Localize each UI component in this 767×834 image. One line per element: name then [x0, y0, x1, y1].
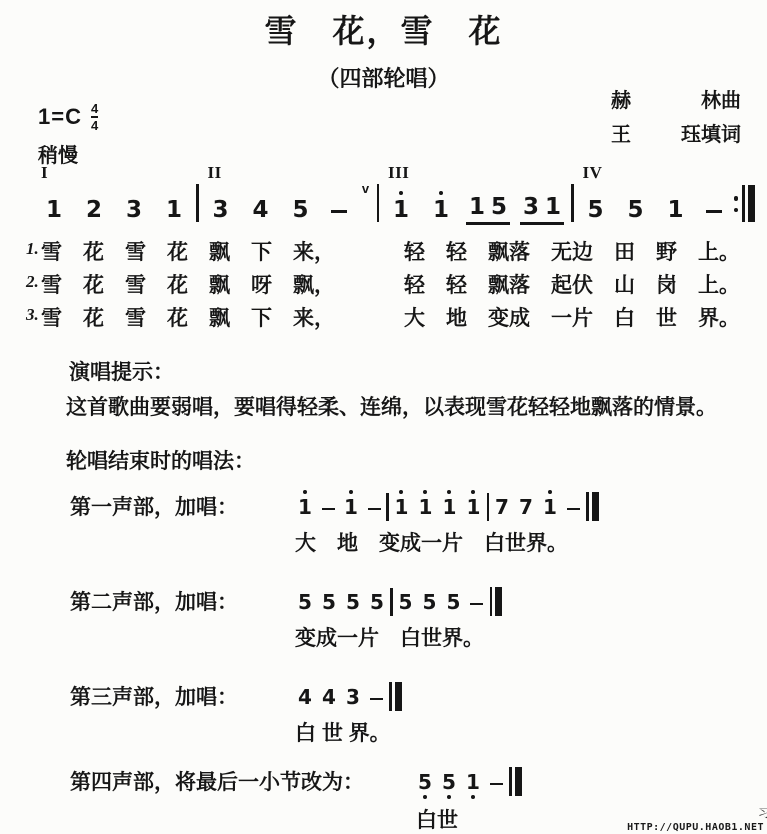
octave-dot-high — [447, 490, 451, 494]
breath-mark: v — [357, 182, 375, 195]
note-wrap: 1 — [166, 199, 182, 222]
lyricist-line: 王 珏填词 — [611, 118, 741, 152]
final-barline — [586, 492, 599, 523]
note: 1 — [461, 758, 485, 798]
thick-bar — [592, 492, 599, 521]
note-wrap: 4 — [322, 687, 336, 707]
note: 4 — [241, 164, 281, 222]
voice-part-notes: 551 — [413, 758, 522, 798]
note-digit: 4 — [298, 687, 312, 707]
note-digit: 5 — [447, 592, 461, 612]
barline — [390, 588, 393, 616]
note-digit: 1 — [543, 497, 557, 517]
note-wrap: 1 — [395, 497, 409, 517]
note-digit: 1 — [466, 772, 480, 792]
note-wrap: 1 — [433, 199, 449, 222]
thick-bar — [515, 767, 522, 796]
lyricist-name: 王 — [611, 118, 631, 147]
verse-number: 1. — [26, 239, 39, 259]
repeat-dot — [734, 196, 739, 201]
note: 5 — [442, 578, 466, 618]
verse-row: 2.雪 花 雪 花 飘 呀 飘，轻 轻 飘落 起伏 山 岗 上。 — [0, 269, 767, 299]
note-digit: 1 — [395, 497, 409, 517]
barline — [377, 184, 380, 222]
melody-line: I1231II345vIII111531IV551 — [34, 164, 755, 222]
round-ending-heading: 轮唱结束时的唱法： — [66, 445, 255, 475]
note-digit: 1 — [419, 497, 433, 517]
note: III1 — [381, 164, 421, 222]
note-wrap: 3 — [346, 687, 360, 707]
sustain-dash — [562, 483, 584, 523]
note-digit: 1 — [443, 497, 457, 517]
note-wrap: 7 — [495, 497, 509, 517]
octave-dot-low — [423, 795, 427, 799]
voice-part-lyric: 变成一片 白世界。 — [295, 622, 484, 652]
note-wrap: 5 — [447, 592, 461, 612]
voice-part-lyric: 白 世 界。 — [295, 717, 391, 747]
note-digit: 5 — [370, 592, 384, 612]
note-wrap: 3 — [126, 199, 142, 222]
note-digit: 5 — [442, 772, 456, 792]
note-wrap: 2 — [86, 199, 102, 222]
note-wrap: 1 — [46, 199, 62, 222]
final-barline — [389, 682, 402, 713]
note-digit: 5 — [322, 592, 336, 612]
octave-dot-high — [423, 490, 427, 494]
note: IV5 — [576, 164, 616, 222]
note: 5 — [293, 578, 317, 618]
note-wrap: 4 — [252, 199, 268, 222]
note-digit: 3 — [346, 687, 360, 707]
octave-dot-high — [399, 490, 403, 494]
voice-part-label: 第一声部，加唱： — [70, 491, 238, 521]
note-wrap: 5 — [346, 592, 360, 612]
octave-dot-high — [471, 490, 475, 494]
octave-dot-high — [439, 191, 443, 195]
note: 5 — [281, 164, 321, 222]
composer-name: 赫 — [611, 84, 631, 113]
sustain-dash — [321, 164, 357, 222]
note-digit: 3 — [126, 199, 142, 222]
dash — [567, 508, 580, 511]
note: 1 — [656, 164, 696, 222]
voice-part-label: 第二声部，加唱： — [70, 586, 238, 616]
sustain-dash — [696, 164, 732, 222]
beamed-note-group: 15 — [461, 164, 515, 222]
note-digit: 5 — [292, 199, 308, 222]
note: 4 — [317, 673, 341, 713]
thin-bar — [509, 767, 512, 796]
dash — [368, 508, 381, 511]
octave-dot-high — [399, 191, 403, 195]
note-digit: 1 — [433, 199, 449, 222]
verse-number: 2. — [26, 272, 39, 292]
voice-part-notes: 111111771 — [293, 483, 599, 523]
note-wrap: 1 — [344, 497, 358, 517]
verse-text-right: 轻 轻 飘落 起伏 山 岗 上。 — [404, 269, 740, 299]
note-digit: 1 — [469, 196, 485, 219]
note-digit: 3 — [212, 199, 228, 222]
final-barline — [509, 767, 522, 798]
meter-numerator: 4 — [91, 102, 98, 116]
thin-bar — [490, 587, 493, 616]
dash — [370, 698, 383, 701]
dash — [490, 783, 503, 786]
note: 1 — [421, 164, 461, 222]
note-digit: 1 — [166, 199, 182, 222]
note-wrap: 5 — [418, 772, 432, 792]
note: 5 — [341, 578, 365, 618]
note-digit: 1 — [46, 199, 62, 222]
performance-tip-heading: 演唱提示： — [69, 356, 174, 386]
note: 5 — [437, 758, 461, 798]
note: 1 — [438, 483, 462, 523]
note-digit: 1 — [298, 497, 312, 517]
note-digit: 5 — [418, 772, 432, 792]
voice-part-label: 第三声部，加唱： — [70, 681, 238, 711]
note: 5 — [418, 578, 442, 618]
thick-bar — [395, 682, 402, 711]
note-wrap: 5 — [627, 199, 643, 222]
note-wrap: 5 — [423, 592, 437, 612]
dash — [331, 210, 347, 213]
verse-text-left: 雪 花 雪 花 飘 下 来， — [41, 302, 335, 332]
note: 2 — [74, 164, 114, 222]
verse-row: 1.雪 花 雪 花 飘 下 来，轻 轻 飘落 无边 田 野 上。 — [0, 236, 767, 266]
note: 1 — [154, 164, 194, 222]
note-digit: 5 — [587, 199, 603, 222]
sustain-dash — [466, 578, 488, 618]
watermark-glyph: 习 — [758, 804, 767, 821]
note: 5 — [413, 758, 437, 798]
meter-denominator: 4 — [91, 116, 98, 132]
note-wrap: 1 — [443, 497, 457, 517]
note: 3 — [114, 164, 154, 222]
repeat-dot — [734, 208, 739, 213]
note: 5 — [394, 578, 418, 618]
note-digit: 5 — [298, 592, 312, 612]
note: 3 — [341, 673, 365, 713]
voice-part-lyric: 大 地 变成一片 白世界。 — [295, 527, 568, 557]
voice-part-notes: 5555555 — [293, 578, 502, 618]
note-wrap: 5 — [587, 199, 603, 222]
note: I1 — [34, 164, 74, 222]
note-wrap: 1 — [393, 199, 409, 222]
note: 7 — [514, 483, 538, 523]
dash — [470, 603, 483, 606]
note: 5 — [616, 164, 656, 222]
note: 7 — [490, 483, 514, 523]
note-wrap: 5 — [370, 592, 384, 612]
voice-part-notes: 443 — [293, 673, 402, 713]
thick-bar — [495, 587, 502, 616]
barline — [571, 184, 574, 222]
thick-bar — [748, 185, 755, 222]
octave-dot-high — [349, 490, 353, 494]
note-digit: 1 — [545, 196, 561, 219]
note-wrap: 5 — [442, 772, 456, 792]
key-signature: 1=C 4 4 — [38, 102, 98, 132]
beam-underline: 31 — [520, 196, 564, 225]
verse-text-right: 大 地 变成 一片 白 世 界。 — [404, 302, 740, 332]
note-wrap: 5 — [298, 592, 312, 612]
sustain-dash — [365, 673, 387, 713]
voice-part-lyric: 白世 — [416, 804, 458, 834]
note: 1 — [390, 483, 414, 523]
verse-row: 3.雪 花 雪 花 飘 下 来，大 地 变成 一片 白 世 界。 — [0, 302, 767, 332]
dash — [322, 508, 335, 511]
verse-number: 3. — [26, 305, 39, 325]
note-wrap: 7 — [519, 497, 533, 517]
source-url: HTTP://QUPU.HAOB1.NET — [627, 822, 764, 833]
time-signature: 4 4 — [91, 102, 98, 132]
note-digit: 5 — [423, 592, 437, 612]
octave-dot-high — [303, 490, 307, 494]
dash — [706, 210, 722, 213]
note-wrap: 1 — [298, 497, 312, 517]
note-digit: 1 — [467, 497, 481, 517]
voice-part-1: 第一声部，加唱：111111771大 地 变成一片 白世界。 — [70, 483, 730, 567]
octave-dot-high — [548, 490, 552, 494]
note-digit: 3 — [523, 196, 539, 219]
note-wrap: 3 — [212, 199, 228, 222]
beamed-note-group: 31 — [515, 164, 569, 222]
note-digit: 1 — [393, 199, 409, 222]
note-digit: 7 — [495, 497, 509, 517]
note-digit: 4 — [252, 199, 268, 222]
note: 1 — [293, 483, 317, 523]
section-label: II — [208, 164, 222, 181]
verse-text-right: 轻 轻 飘落 无边 田 野 上。 — [404, 236, 740, 266]
section-label: I — [41, 164, 48, 181]
note: 1 — [414, 483, 438, 523]
barline — [386, 493, 389, 521]
note-wrap: 1 — [419, 497, 433, 517]
sustain-dash — [363, 483, 385, 523]
note-digit: 4 — [322, 687, 336, 707]
beam-underline: 15 — [466, 196, 510, 225]
note-wrap: 5 — [399, 592, 413, 612]
note-wrap: 1 — [466, 772, 480, 792]
note-digit: 5 — [399, 592, 413, 612]
note: 4 — [293, 673, 317, 713]
note-digit: 5 — [627, 199, 643, 222]
barline — [487, 493, 490, 521]
note-wrap: 1 — [667, 199, 683, 222]
composer-line: 赫 林曲 — [611, 84, 741, 118]
voice-part-label: 第四声部，将最后一小节改为： — [70, 766, 364, 796]
verse-text-left: 雪 花 雪 花 飘 下 来， — [41, 236, 335, 266]
octave-dot-low — [447, 795, 451, 799]
note: 5 — [365, 578, 389, 618]
note-digit: 5 — [346, 592, 360, 612]
voice-part-2: 第二声部，加唱：5555555变成一片 白世界。 — [70, 578, 730, 662]
thin-bar — [389, 682, 392, 711]
note: 1 — [339, 483, 363, 523]
song-title: 雪 花，雪 花 — [0, 6, 767, 52]
note-wrap: 4 — [298, 687, 312, 707]
voice-part-3: 第三声部，加唱：443白 世 界。 — [70, 673, 730, 757]
sustain-dash — [317, 483, 339, 523]
note: 1 — [538, 483, 562, 523]
section-label: IV — [583, 164, 603, 181]
note: 5 — [317, 578, 341, 618]
note-wrap: 1 — [543, 497, 557, 517]
sustain-dash — [485, 758, 507, 798]
note-wrap: 5 — [322, 592, 336, 612]
note-digit: 1 — [667, 199, 683, 222]
barline — [196, 184, 199, 222]
note-digit: 1 — [344, 497, 358, 517]
final-barline — [490, 587, 503, 618]
section-label: III — [388, 164, 409, 181]
thin-bar — [742, 185, 745, 222]
repeat-end-barline — [734, 185, 755, 222]
note-wrap: 5 — [292, 199, 308, 222]
composer-suffix: 林曲 — [701, 84, 741, 113]
note: II3 — [201, 164, 241, 222]
credits: 赫 林曲 王 珏填词 — [611, 84, 741, 152]
key-text: 1=C — [38, 106, 82, 128]
note-digit: 7 — [519, 497, 533, 517]
note: 1 — [462, 483, 486, 523]
verse-text-left: 雪 花 雪 花 飘 呀 飘， — [41, 269, 335, 299]
note-digit: 5 — [491, 196, 507, 219]
repeat-dots — [734, 196, 739, 212]
note-wrap: 1 — [467, 497, 481, 517]
lyricist-suffix: 珏填词 — [681, 118, 741, 147]
sheet-music-page: 雪 花，雪 花 （四部轮唱） 赫 林曲 王 珏填词 1=C 4 4 稍慢 I12… — [0, 0, 767, 834]
performance-tip-body: 这首歌曲要弱唱，要唱得轻柔、连绵，以表现雪花轻轻地飘落的情景。 — [66, 391, 766, 421]
thin-bar — [586, 492, 589, 521]
octave-dot-low — [471, 795, 475, 799]
note-digit: 2 — [86, 199, 102, 222]
